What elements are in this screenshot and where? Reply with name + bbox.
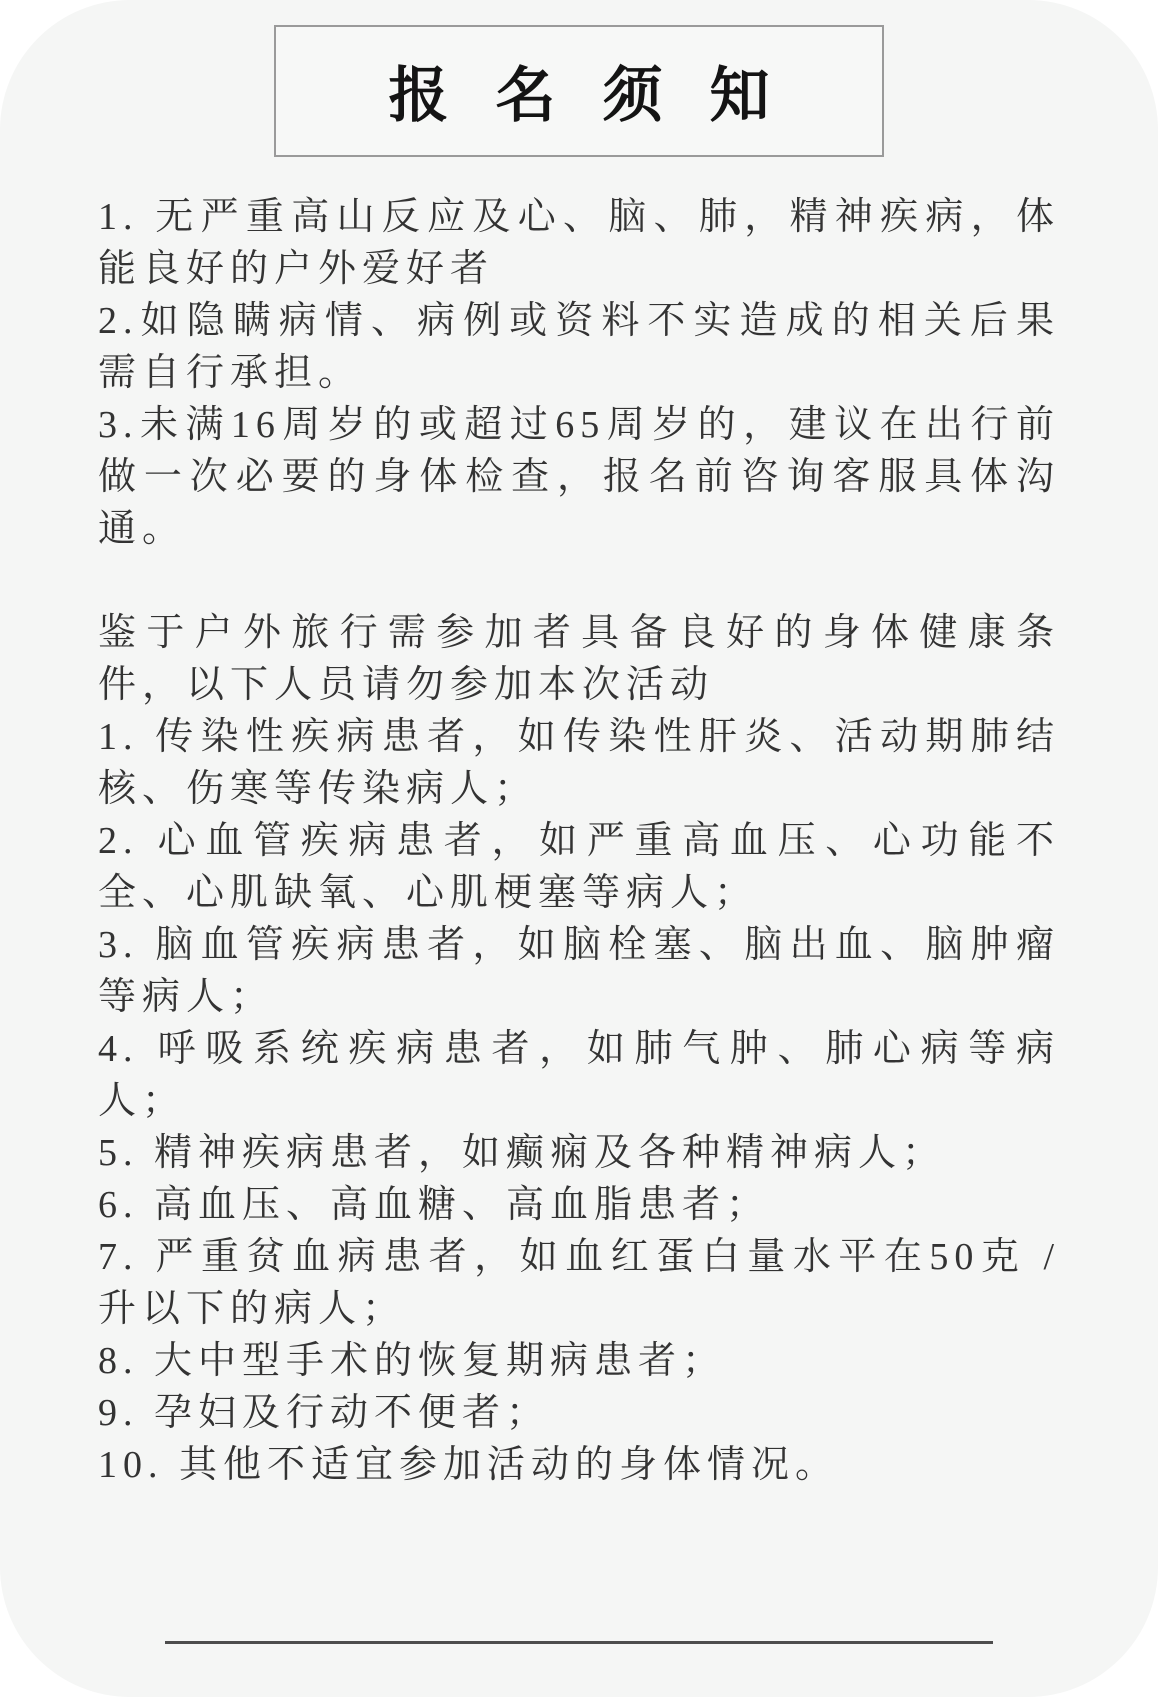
title-box: 报 名 须 知 [274, 25, 884, 157]
excluded-item: 6. 高血压、高血糖、高血脂患者； [98, 1179, 1060, 1231]
notice-card: 报 名 须 知 1. 无严重高山反应及心、脑、肺，精神疾病，体能良好的户外爱好者… [0, 0, 1158, 1697]
health-intro: 鉴于户外旅行需参加者具备良好的身体健康条件，以下人员请勿参加本次活动 [98, 607, 1060, 711]
notice-item: 1. 无严重高山反应及心、脑、肺，精神疾病，体能良好的户外爱好者 [98, 191, 1060, 295]
notice-section: 1. 无严重高山反应及心、脑、肺，精神疾病，体能良好的户外爱好者 2.如隐瞒病情… [98, 191, 1060, 555]
excluded-item: 7. 严重贫血病患者，如血红蛋白量水平在50克 / 升以下的病人； [98, 1231, 1060, 1335]
excluded-item: 4. 呼吸系统疾病患者，如肺气肿、肺心病等病人； [98, 1023, 1060, 1127]
page-title: 报 名 须 知 [373, 48, 786, 134]
notice-item: 2.如隐瞒病情、病例或资料不实造成的相关后果需自行承担。 [98, 295, 1060, 399]
section-gap [98, 555, 1060, 607]
excluded-item: 2. 心血管疾病患者，如严重高血压、心功能不全、心肌缺氧、心肌梗塞等病人； [98, 815, 1060, 919]
excluded-item: 3. 脑血管疾病患者，如脑栓塞、脑出血、脑肿瘤等病人； [98, 919, 1060, 1023]
excluded-item: 1. 传染性疾病患者，如传染性肝炎、活动期肺结核、伤寒等传染病人； [98, 711, 1060, 815]
excluded-item: 10. 其他不适宜参加活动的身体情况。 [98, 1439, 1060, 1491]
excluded-item: 9. 孕妇及行动不便者； [98, 1387, 1060, 1439]
excluded-item: 5. 精神疾病患者，如癫痫及各种精神病人； [98, 1127, 1060, 1179]
bottom-divider [165, 1641, 993, 1644]
notice-item: 3.未满16周岁的或超过65周岁的，建议在出行前做一次必要的身体检查，报名前咨询… [98, 399, 1060, 555]
excluded-item: 8. 大中型手术的恢复期病患者； [98, 1335, 1060, 1387]
document-body: 1. 无严重高山反应及心、脑、肺，精神疾病，体能良好的户外爱好者 2.如隐瞒病情… [98, 191, 1060, 1491]
health-restrictions-section: 鉴于户外旅行需参加者具备良好的身体健康条件，以下人员请勿参加本次活动 1. 传染… [98, 607, 1060, 1491]
